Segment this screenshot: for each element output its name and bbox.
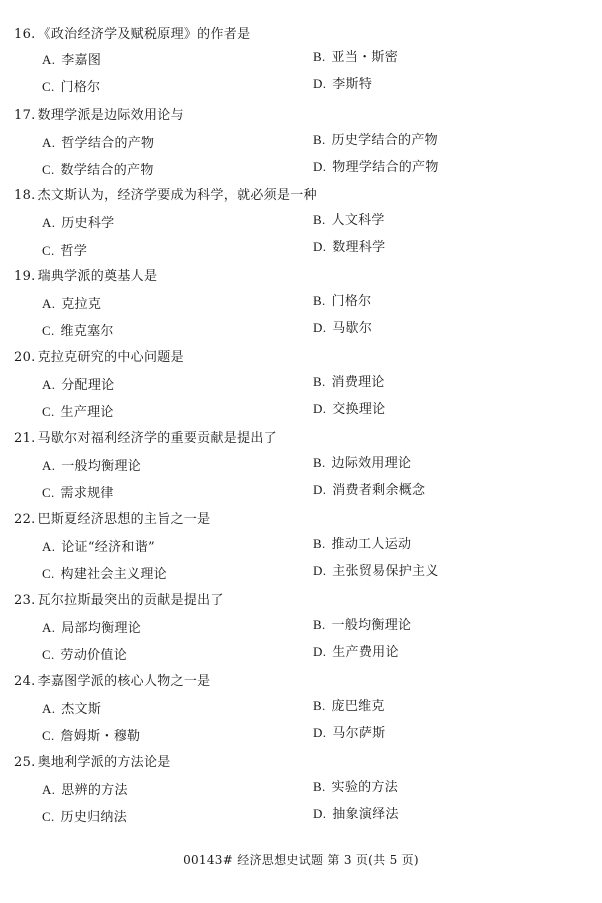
option-b: B.亚当・斯密 — [313, 49, 398, 66]
question-number: 19. — [14, 269, 36, 285]
question-text: 李嘉图学派的核心人物之一是 — [38, 674, 211, 689]
question-stem: 17.数理学派是边际效用论与 — [14, 108, 184, 124]
option-d: D.交换理论 — [313, 401, 385, 418]
option-c: C.哲学 — [42, 243, 87, 260]
question-stem: 16.《政治经济学及赋税原理》的作者是 — [14, 27, 250, 43]
option-c: C.需求规律 — [42, 485, 114, 502]
question-number: 24. — [14, 674, 36, 690]
option-b: B.历史学结合的产物 — [313, 132, 438, 149]
option-d: D.生产费用论 — [313, 644, 399, 661]
question-number: 25. — [14, 755, 36, 771]
option-b: B.门格尔 — [313, 293, 371, 310]
option-b: B.一般均衡理论 — [313, 617, 411, 634]
option-b: B.推动工人运动 — [313, 536, 411, 553]
option-a: A.李嘉图 — [42, 52, 101, 69]
question-stem: 23.瓦尔拉斯最突出的贡献是提出了 — [14, 593, 224, 609]
option-a: A.论证“经济和谐” — [42, 539, 155, 556]
option-a: A.历史科学 — [42, 215, 114, 232]
question-number: 16. — [14, 27, 36, 43]
option-c: C.生产理论 — [42, 404, 114, 421]
option-d: D.数理科学 — [313, 239, 385, 256]
option-d: D.主张贸易保护主义 — [313, 563, 439, 580]
option-b: B.消费理论 — [313, 374, 385, 391]
option-a: A.分配理论 — [42, 377, 114, 394]
option-d: D.马尔萨斯 — [313, 725, 385, 742]
question-number: 23. — [14, 593, 36, 609]
option-a: A.克拉克 — [42, 296, 101, 313]
option-a: A.杰文斯 — [42, 701, 101, 718]
question-stem: 24.李嘉图学派的核心人物之一是 — [14, 674, 210, 690]
question-number: 18. — [14, 188, 36, 204]
option-d: D.物理学结合的产物 — [313, 159, 439, 176]
question-text: 马歇尔对福利经济学的重要贡献是提出了 — [38, 431, 277, 446]
question-text: 奥地利学派的方法论是 — [38, 755, 171, 770]
question-number: 21. — [14, 431, 36, 447]
option-d: D.李斯特 — [313, 76, 372, 93]
question-number: 20. — [14, 350, 36, 366]
question-stem: 25.奥地利学派的方法论是 — [14, 755, 171, 771]
question-stem: 19.瑞典学派的奠基人是 — [14, 269, 157, 285]
option-a: A.一般均衡理论 — [42, 458, 141, 475]
option-c: C.劳动价值论 — [42, 647, 127, 664]
option-a: A.哲学结合的产物 — [42, 135, 154, 152]
option-b: B.边际效用理论 — [313, 455, 411, 472]
option-c: C.维克塞尔 — [42, 323, 114, 340]
question-text: 巴斯夏经济思想的主旨之一是 — [38, 512, 211, 527]
option-b: B.实验的方法 — [313, 779, 398, 796]
option-c: C.詹姆斯・穆勒 — [42, 728, 140, 745]
question-number: 17. — [14, 108, 36, 124]
option-c: C.历史归纳法 — [42, 809, 127, 826]
option-b: B.庞巴维克 — [313, 698, 385, 715]
question-text: 杰文斯认为，经济学要成为科学，就必须是一种 — [38, 188, 317, 203]
option-d: D.马歇尔 — [313, 320, 372, 337]
option-c: C.数学结合的产物 — [42, 162, 154, 179]
question-text: 瑞典学派的奠基人是 — [38, 269, 158, 284]
question-stem: 21.马歇尔对福利经济学的重要贡献是提出了 — [14, 431, 277, 447]
question-stem: 22.巴斯夏经济思想的主旨之一是 — [14, 512, 210, 528]
question-text: 瓦尔拉斯最突出的贡献是提出了 — [38, 593, 224, 608]
question-text: 克拉克研究的中心问题是 — [38, 350, 184, 365]
option-a: A.局部均衡理论 — [42, 620, 141, 637]
option-a: A.思辨的方法 — [42, 782, 128, 799]
option-c: C.门格尔 — [42, 79, 100, 96]
question-stem: 18.杰文斯认为，经济学要成为科学，就必须是一种 — [14, 188, 317, 204]
option-d: D.抽象演绎法 — [313, 806, 399, 823]
question-text: 数理学派是边际效用论与 — [38, 108, 184, 123]
question-stem: 20.克拉克研究的中心问题是 — [14, 350, 184, 366]
page-footer: 00143# 经济思想史试题 第 3 页(共 5 页) — [0, 852, 602, 868]
option-b: B.人文科学 — [313, 212, 385, 229]
question-number: 22. — [14, 512, 36, 528]
question-text: 《政治经济学及赋税原理》的作者是 — [38, 27, 251, 42]
option-d: D.消费者剩余概念 — [313, 482, 425, 499]
exam-page: 16.《政治经济学及赋税原理》的作者是 A.李嘉图 B.亚当・斯密 C.门格尔 … — [0, 0, 602, 903]
option-c: C.构建社会主义理论 — [42, 566, 167, 583]
